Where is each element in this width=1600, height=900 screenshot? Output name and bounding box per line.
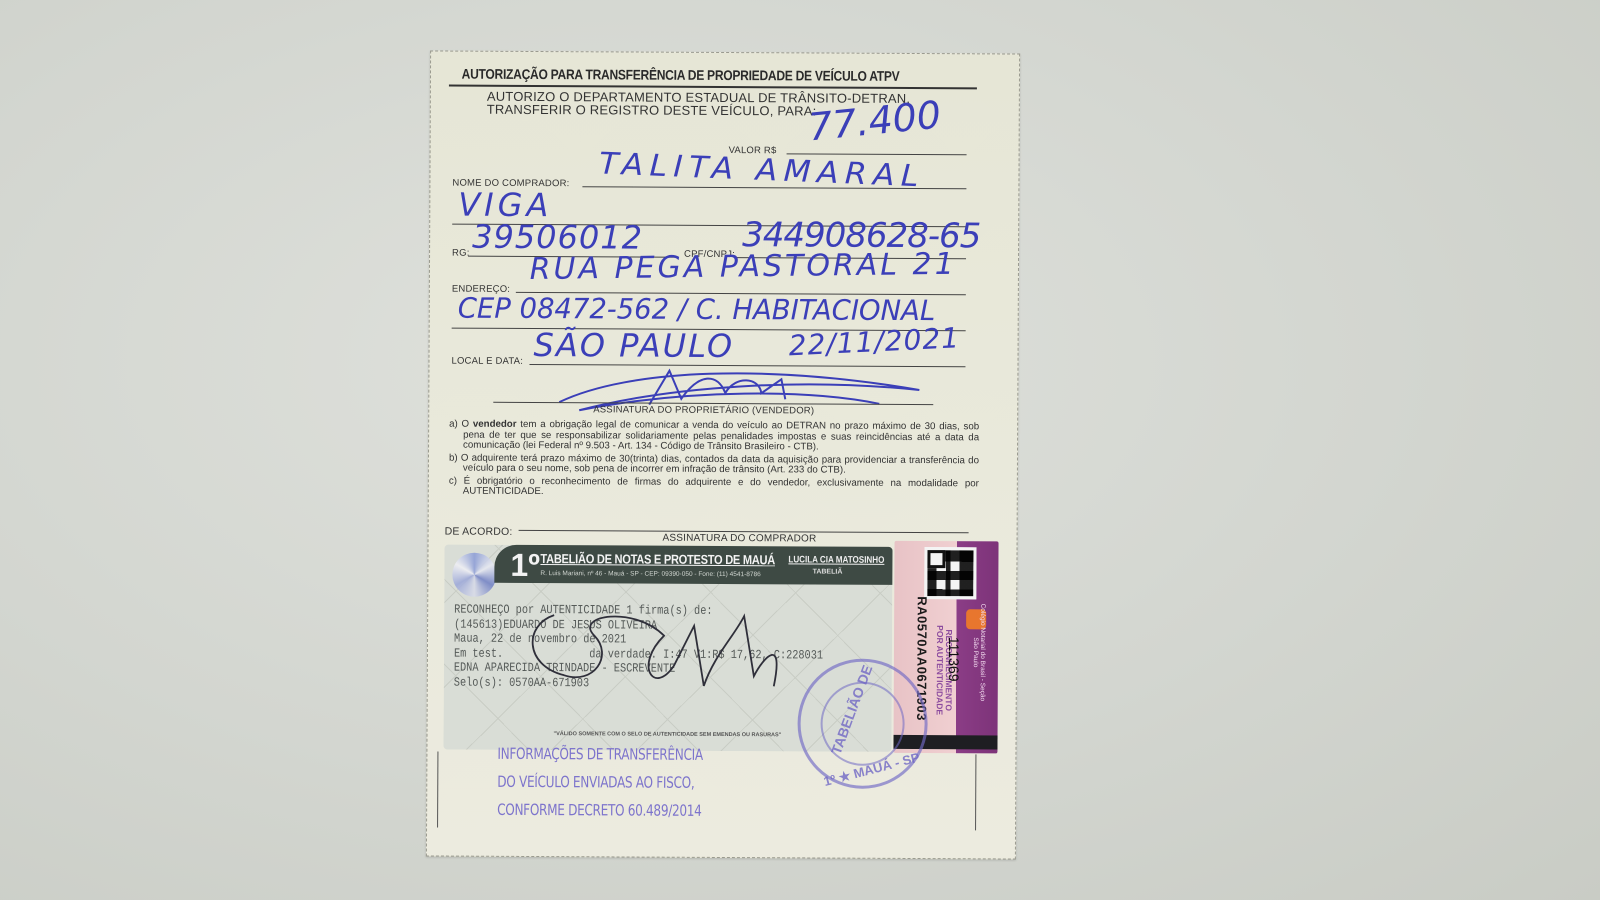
local-value: SÃO PAULO — [533, 326, 734, 365]
notary-recognition-text: RECONHEÇO por AUTENTICIDADE 1 firma(s) d… — [454, 603, 824, 692]
notary-name: TABELIÃO DE NOTAS E PROTESTO DE MAUÁ — [540, 551, 775, 567]
fiscal-transfer-stamp: INFORMAÇÕES DE TRANSFERÊNCIA DO VEÍCULO … — [497, 740, 703, 825]
de-acordo-label: DE ACORDO: — [445, 526, 513, 538]
fiscal-stamp-line-1: INFORMAÇÕES DE TRANSFERÊNCIA — [497, 740, 703, 769]
legal-notes: a) O vendedor tem a obrigação legal de c… — [449, 420, 979, 502]
bottom-left-border — [437, 752, 438, 828]
notary-footer-note: "VÁLIDO SOMENTE COM O SELO DE AUTENTICID… — [554, 731, 782, 738]
local-data-line — [529, 364, 965, 367]
fiscal-stamp-line-3: CONFORME DECRETO 60.489/2014 — [497, 796, 703, 825]
notary-number: 1º — [510, 547, 540, 584]
local-data-label: LOCAL E DATA: — [451, 356, 523, 367]
bottom-right-border — [975, 754, 976, 830]
legal-note-b: b) O adquirente terá prazo máximo de 30(… — [449, 453, 979, 477]
endereco-value-line-1: RUA PEGA PASTORAL 21 — [529, 247, 957, 287]
buyer-signature-label: ASSINATURA DO COMPRADOR — [663, 533, 817, 545]
tabeliao-name: LUCILA CIA MATOSINHO — [788, 554, 884, 566]
seal-number: 111369 — [946, 599, 963, 719]
legal-note-a: a) O vendedor tem a obrigação legal de c… — [449, 420, 979, 454]
notary-address: R. Luis Mariani, nº 46 - Mauá - SP - CEP… — [540, 570, 760, 578]
legal-note-c: c) É obrigatório o reconhecimento de fir… — [449, 476, 979, 500]
fiscal-stamp-line-2: DO VEÍCULO ENVIADAS AO FISCO, — [497, 768, 703, 797]
document-title: AUTORIZAÇÃO PARA TRANSFERÊNCIA DE PROPRI… — [457, 66, 904, 84]
rg-label: RG: — [452, 248, 470, 259]
notary-round-stamp: TABELIÃO DE 1º ★ MAUÁ - SP — [797, 658, 928, 789]
endereco-value-line-2: CEP 08472-562 / C. HABITACIONAL — [458, 292, 936, 327]
seller-signature-label: ASSINATURA DO PROPRIETÁRIO (VENDEDOR) — [593, 404, 814, 416]
seal-organization: Colégio Notarial do Brasil - Seção São P… — [972, 597, 987, 707]
data-value: 22/11/2021 — [788, 321, 961, 362]
notary-header: 1º TABELIÃO DE NOTAS E PROTESTO DE MAUÁ … — [494, 545, 892, 585]
atpv-document: AUTORIZAÇÃO PARA TRANSFERÊNCIA DE PROPRI… — [426, 50, 1020, 859]
tabeliao-role: TABELIÃ — [813, 568, 843, 575]
hologram-seal-icon — [452, 553, 496, 597]
